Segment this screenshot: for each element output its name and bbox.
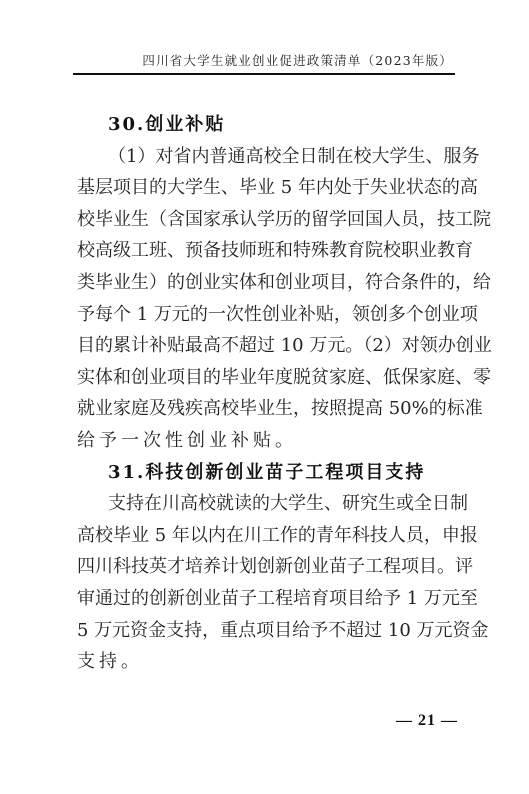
paragraph-line: 给予一次性创业补贴。 — [77, 425, 453, 457]
section-heading-30: 30.创业补贴 — [77, 109, 453, 141]
paragraph-line: 支持。 — [77, 646, 453, 678]
paragraph-line: 目的累计补贴最高不超过 10 万元。（2）对领办创业 — [77, 330, 453, 362]
section-heading-31: 31.科技创新创业苗子工程项目支持 — [77, 457, 453, 489]
paragraph-line: 实体和创业项目的毕业年度脱贫家庭、低保家庭、零 — [77, 362, 453, 394]
paragraph-line: 予每个 1 万元的一次性创业补贴，领创多个创业项 — [77, 299, 453, 331]
paragraph-line: 基层项目的大学生、毕业 5 年内处于失业状态的高 — [77, 172, 453, 204]
header-title: 四川省大学生就业创业促进政策清单（2023年版） — [142, 53, 453, 68]
document-body: 30.创业补贴 （1）对省内普通高校全日制在校大学生、服务 基层项目的大学生、毕… — [77, 109, 453, 678]
paragraph-line: 审通过的创新创业苗子工程培育项目给予 1 万元至 — [77, 583, 453, 615]
paragraph-line: 类毕业生）的创业实体和创业项目，符合条件的，给 — [77, 267, 453, 299]
paragraph-line: 高校毕业 5 年以内在川工作的青年科技人员，申报 — [77, 520, 453, 552]
paragraph-line: （1）对省内普通高校全日制在校大学生、服务 — [77, 141, 453, 173]
paragraph-line: 支持在川高校就读的大学生、研究生或全日制 — [77, 488, 453, 520]
paragraph-line: 校毕业生（含国家承认学历的留学回国人员，技工院 — [77, 204, 453, 236]
paragraph-line: 四川科技英才培养计划创新创业苗子工程项目。评 — [77, 551, 453, 583]
paragraph-line: 校高级工班、预备技师班和特殊教育院校职业教育 — [77, 235, 453, 267]
page-number: — 21 — — [396, 712, 458, 730]
running-header: 四川省大学生就业创业促进政策清单（2023年版） — [73, 53, 455, 75]
paragraph-line: 5 万元资金支持，重点项目给予不超过 10 万元资金 — [77, 615, 453, 647]
paragraph-line: 就业家庭及残疾高校毕业生，按照提高 50%的标准 — [77, 393, 453, 425]
